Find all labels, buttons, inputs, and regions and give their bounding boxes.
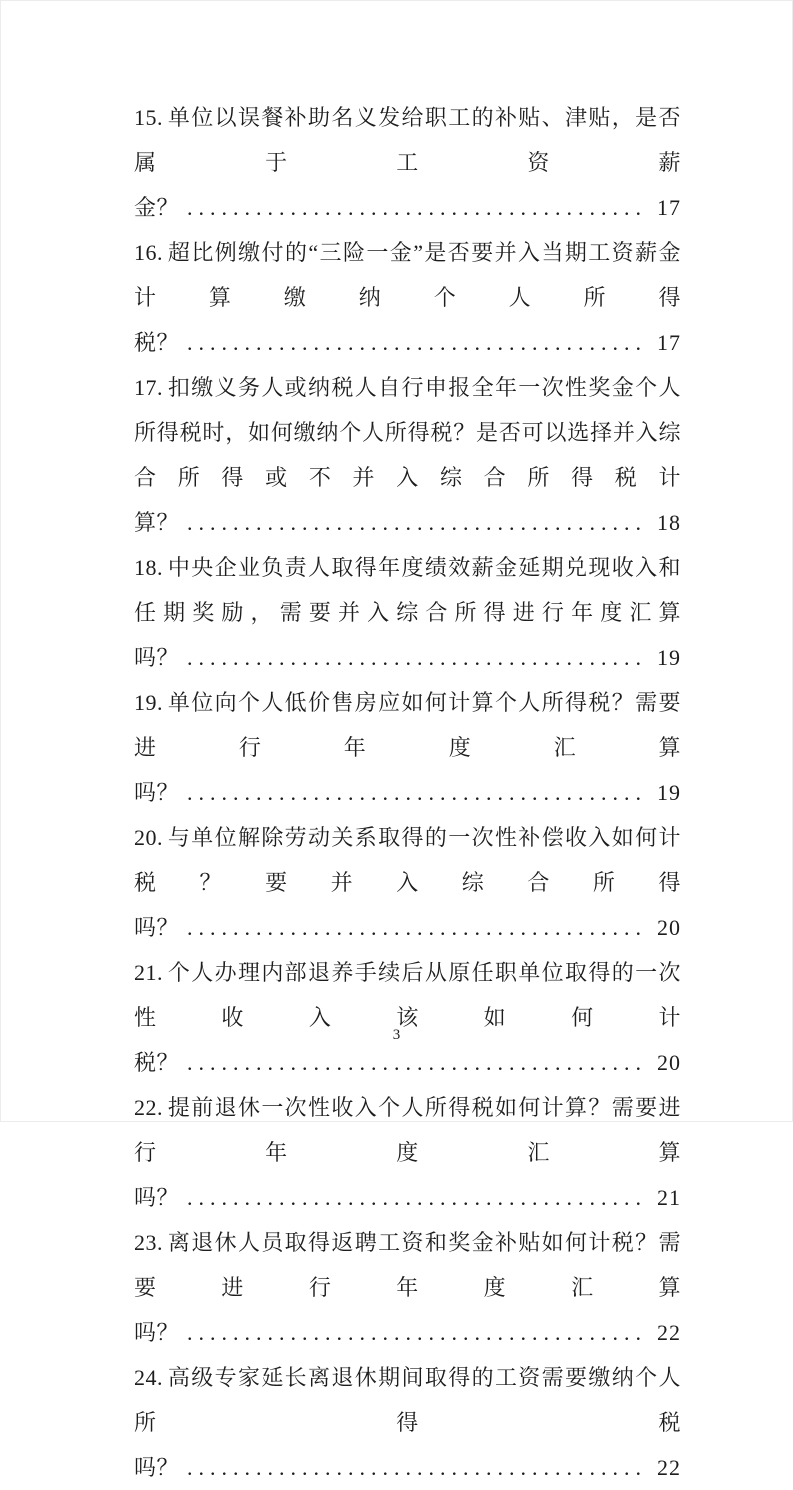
- toc-entry-24: 24.高级专家延长离退休期间取得的工资需要缴纳个人所得税吗？ 22: [134, 1355, 681, 1490]
- toc-entry-16: 16.超比例缴付的“三险一金”是否要并入当期工资薪金计算缴纳个人所得税？ 17: [134, 230, 681, 365]
- entry-number: 18.: [134, 555, 167, 580]
- entry-number: 16.: [134, 240, 167, 265]
- entry-page-number: 17: [647, 185, 681, 230]
- entry-number: 24.: [134, 1365, 167, 1390]
- entry-number: 19.: [134, 690, 167, 715]
- dot-leader: [179, 915, 681, 940]
- toc-entry-17: 17.扣缴义务人或纳税人自行申报全年一次性奖金个人所得税时，如何缴纳个人所得税？…: [134, 365, 681, 545]
- entry-page-number: 22: [647, 1310, 681, 1355]
- entry-page-number: 21: [647, 1175, 681, 1220]
- entry-number: 20.: [134, 825, 167, 850]
- toc-entry-20: 20.与单位解除劳动关系取得的一次性补偿收入如何计税？要并入综合所得吗？ 20: [134, 815, 681, 950]
- toc-entry-22: 22.提前退休一次性收入个人所得税如何计算？需要进行年度汇算吗？ 21: [134, 1085, 681, 1220]
- dot-leader: [179, 1185, 681, 1210]
- dot-leader: [179, 195, 681, 220]
- entry-number: 21.: [134, 960, 167, 985]
- toc-entry-15: 15.单位以误餐补助名义发给职工的补贴、津贴，是否属于工资薪金？ 17: [134, 95, 681, 230]
- entry-number: 23.: [134, 1230, 167, 1255]
- entry-number: 22.: [134, 1095, 167, 1120]
- dot-leader: [179, 645, 681, 670]
- entry-number: 17.: [134, 375, 167, 400]
- dot-leader: [179, 780, 681, 805]
- toc-list: 15.单位以误餐补助名义发给职工的补贴、津贴，是否属于工资薪金？ 17 16.超…: [134, 95, 681, 1490]
- entry-page-number: 20: [647, 905, 681, 950]
- entry-page-number: 19: [647, 770, 681, 815]
- toc-entry-23: 23.离退休人员取得返聘工资和奖金补贴如何计税？需要进行年度汇算吗？ 22: [134, 1220, 681, 1355]
- entry-page-number: 17: [647, 320, 681, 365]
- toc-entry-19: 19.单位向个人低价售房应如何计算个人所得税？需要进行年度汇算吗？ 19: [134, 680, 681, 815]
- entry-page-number: 22: [647, 1445, 681, 1490]
- entry-page-number: 20: [647, 1040, 681, 1085]
- toc-entry-21: 21.个人办理内部退养手续后从原任职单位取得的一次性收入该如何计税？ 20: [134, 950, 681, 1085]
- page-footer: 3: [1, 1025, 792, 1045]
- dot-leader: [179, 1455, 681, 1480]
- footer-page-number: 3: [393, 1027, 401, 1043]
- dot-leader: [179, 330, 681, 355]
- dot-leader: [179, 510, 681, 535]
- entry-page-number: 19: [647, 635, 681, 680]
- entry-number: 15.: [134, 105, 167, 130]
- document-page: 15.单位以误餐补助名义发给职工的补贴、津贴，是否属于工资薪金？ 17 16.超…: [0, 0, 793, 1122]
- toc-entry-18: 18.中央企业负责人取得年度绩效薪金延期兑现收入和任期奖励，需要并入综合所得进行…: [134, 545, 681, 680]
- entry-page-number: 18: [647, 500, 681, 545]
- dot-leader: [179, 1320, 681, 1345]
- dot-leader: [179, 1050, 681, 1075]
